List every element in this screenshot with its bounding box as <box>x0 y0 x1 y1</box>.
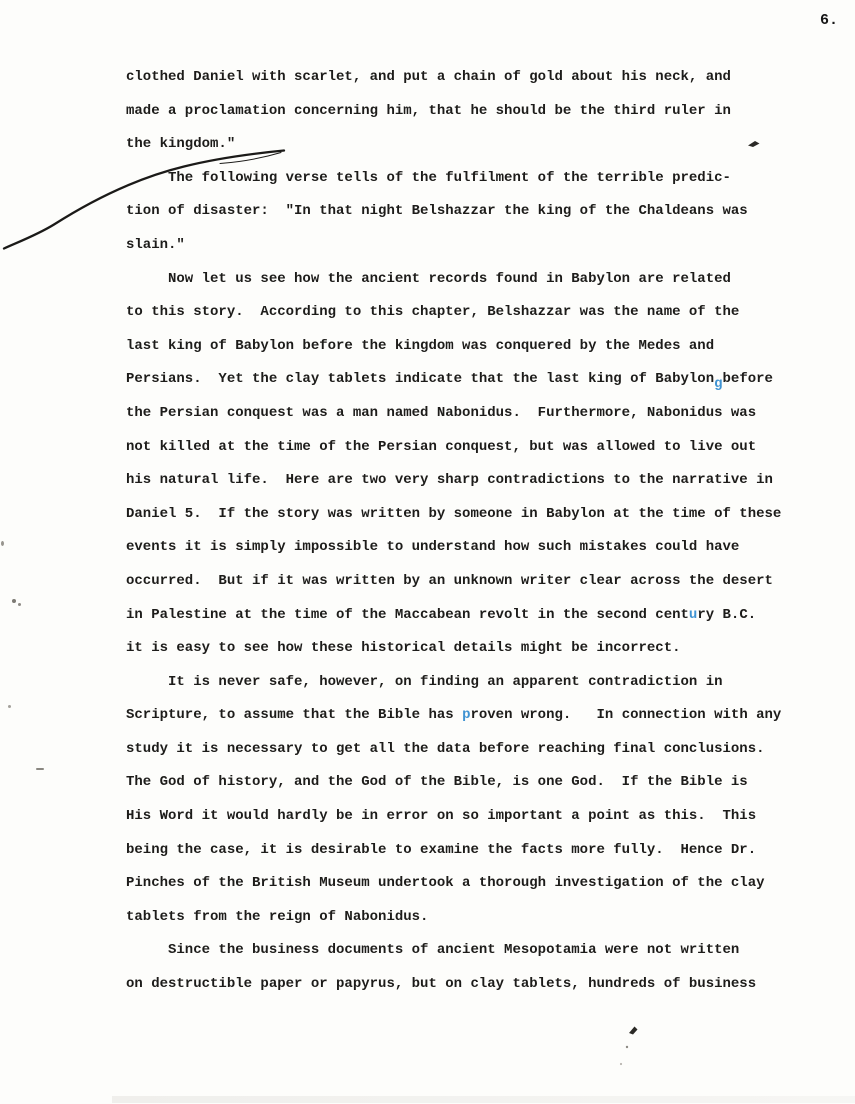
text-line: in Palestine at the time of the Maccabea… <box>126 599 841 633</box>
blue-ink-character: u <box>689 607 697 623</box>
text-line: not killed at the time of the Persian co… <box>126 431 841 465</box>
text-line: being the case, it is desirable to exami… <box>126 834 841 868</box>
text-line: on destructible paper or papyrus, but on… <box>126 968 841 1002</box>
text-line: Now let us see how the ancient records f… <box>126 263 841 297</box>
text-line: Persians. Yet the clay tablets indicate … <box>126 363 841 397</box>
text-line: it is easy to see how these historical d… <box>126 632 841 666</box>
text-line: to this story. According to this chapter… <box>126 296 841 330</box>
text-line: the Persian conquest was a man named Nab… <box>126 397 841 431</box>
blue-ink-character: p <box>462 707 470 723</box>
typewritten-text: clothed Daniel with scarlet, and put a c… <box>126 61 841 1002</box>
text-line: the kingdom." <box>126 128 841 162</box>
text-line: tion of disaster: "In that night Belshaz… <box>126 195 841 229</box>
text-line: events it is simply impossible to unders… <box>126 531 841 565</box>
text-line: occurred. But if it was written by an un… <box>126 565 841 599</box>
document-page: 6. clothed Daniel with scarlet, and put … <box>0 0 855 1104</box>
text-line: His Word it would hardly be in error on … <box>126 800 841 834</box>
text-line: Daniel 5. If the story was written by so… <box>126 498 841 532</box>
text-line: tablets from the reign of Nabonidus. <box>126 901 841 935</box>
page-number: 6. <box>820 12 838 29</box>
text-line: It is never safe, however, on finding an… <box>126 666 841 700</box>
margin-speck <box>12 599 16 603</box>
margin-speck <box>1 541 4 546</box>
text-line: clothed Daniel with scarlet, and put a c… <box>126 61 841 95</box>
text-line: study it is necessary to get all the dat… <box>126 733 841 767</box>
margin-speck <box>18 603 21 606</box>
text-line: made a proclamation concerning him, that… <box>126 95 841 129</box>
text-line: Since the business documents of ancient … <box>126 934 841 968</box>
text-line: The following verse tells of the fulfilm… <box>126 162 841 196</box>
text-line: last king of Babylon before the kingdom … <box>126 330 841 364</box>
text-line: his natural life. Here are two very shar… <box>126 464 841 498</box>
text-line: slain." <box>126 229 841 263</box>
margin-speck <box>8 705 11 708</box>
scan-edge-streak <box>112 1096 855 1103</box>
text-line: The God of history, and the God of the B… <box>126 766 841 800</box>
ink-speck-bottom-2 <box>620 1063 622 1065</box>
text-line: Scripture, to assume that the Bible has … <box>126 699 841 733</box>
text-line: Pinches of the British Museum undertook … <box>126 867 841 901</box>
ink-speck-bottom <box>626 1046 628 1048</box>
ink-mark-bottom <box>629 1027 638 1035</box>
margin-speck <box>36 768 44 770</box>
